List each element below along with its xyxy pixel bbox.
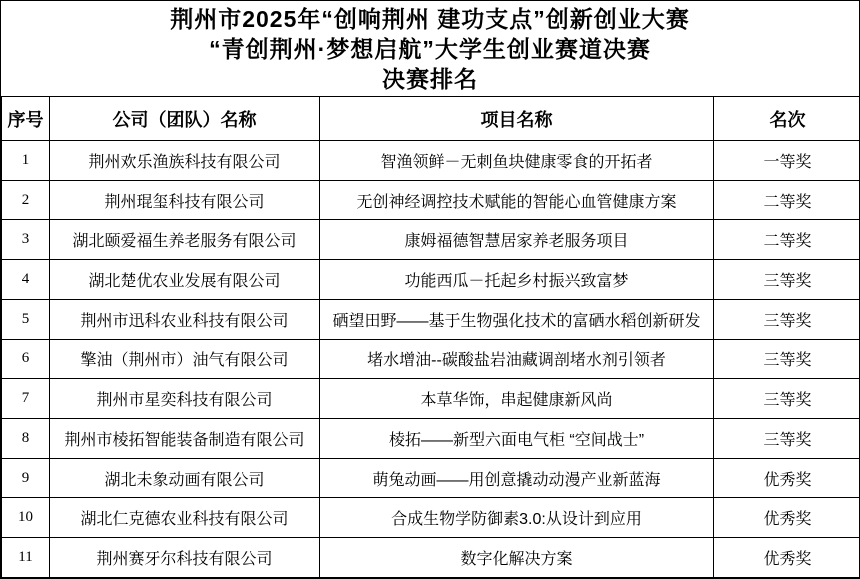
cell-company: 湖北未象动画有限公司 <box>50 458 320 498</box>
title-line-3: 决赛排名 <box>382 64 478 94</box>
cell-rank: 二等奖 <box>714 180 860 220</box>
header-no: 序号 <box>2 97 50 141</box>
cell-no: 7 <box>2 379 50 419</box>
cell-company: 湖北楚优农业发展有限公司 <box>50 260 320 300</box>
cell-no: 4 <box>2 260 50 300</box>
cell-rank: 三等奖 <box>714 339 860 379</box>
table-row: 10 湖北仁克德农业科技有限公司 合成生物学防御素3.0:从设计到应用 优秀奖 <box>2 498 860 538</box>
table-row: 6 擎油（荆州市）油气有限公司 堵水增油--碳酸盐岩油藏调剖堵水剂引领者 三等奖 <box>2 339 860 379</box>
table-row: 3 湖北颐爱福生养老服务有限公司 康姆福德智慧居家养老服务项目 二等奖 <box>2 220 860 260</box>
table-body: 1 荆州欢乐渔族科技有限公司 智渔领鲜－无刺鱼块健康零食的开拓者 一等奖 2 荆… <box>2 141 860 578</box>
cell-project: 堵水增油--碳酸盐岩油藏调剖堵水剂引领者 <box>320 339 714 379</box>
cell-project: 萌兔动画——用创意撬动动漫产业新蓝海 <box>320 458 714 498</box>
table-row: 11 荆州赛牙尔科技有限公司 数字化解决方案 优秀奖 <box>2 538 860 578</box>
cell-project: 无创神经调控技术赋能的智能心血管健康方案 <box>320 180 714 220</box>
title-line-1: 荆州市2025年“创响荆州 建功支点”创新创业大赛 <box>170 4 690 34</box>
cell-project: 本草华饰，串起健康新风尚 <box>320 379 714 419</box>
cell-company: 荆州欢乐渔族科技有限公司 <box>50 141 320 181</box>
cell-no: 9 <box>2 458 50 498</box>
cell-rank: 三等奖 <box>714 260 860 300</box>
cell-company: 擎油（荆州市）油气有限公司 <box>50 339 320 379</box>
cell-company: 湖北仁克德农业科技有限公司 <box>50 498 320 538</box>
cell-no: 5 <box>2 299 50 339</box>
table-row: 5 荆州市迅科农业科技有限公司 硒望田野——基于生物强化技术的富硒水稻创新研发 … <box>2 299 860 339</box>
cell-company: 荆州赛牙尔科技有限公司 <box>50 538 320 578</box>
cell-project: 棱拓——新型六面电气柜 “空间战士” <box>320 419 714 459</box>
document-title: 荆州市2025年“创响荆州 建功支点”创新创业大赛 “青创荆州·梦想启航”大学生… <box>1 1 859 96</box>
header-row: 序号 公司（团队）名称 项目名称 名次 <box>2 97 860 141</box>
table-row: 1 荆州欢乐渔族科技有限公司 智渔领鲜－无刺鱼块健康零食的开拓者 一等奖 <box>2 141 860 181</box>
cell-no: 8 <box>2 419 50 459</box>
table-row: 4 湖北楚优农业发展有限公司 功能西瓜－托起乡村振兴致富梦 三等奖 <box>2 260 860 300</box>
cell-no: 3 <box>2 220 50 260</box>
cell-project: 合成生物学防御素3.0:从设计到应用 <box>320 498 714 538</box>
table-row: 8 荆州市棱拓智能装备制造有限公司 棱拓——新型六面电气柜 “空间战士” 三等奖 <box>2 419 860 459</box>
table-row: 2 荆州琨玺科技有限公司 无创神经调控技术赋能的智能心血管健康方案 二等奖 <box>2 180 860 220</box>
cell-no: 11 <box>2 538 50 578</box>
cell-rank: 三等奖 <box>714 379 860 419</box>
cell-rank: 一等奖 <box>714 141 860 181</box>
cell-rank: 三等奖 <box>714 299 860 339</box>
cell-no: 1 <box>2 141 50 181</box>
cell-no: 6 <box>2 339 50 379</box>
cell-project: 数字化解决方案 <box>320 538 714 578</box>
cell-rank: 三等奖 <box>714 419 860 459</box>
cell-project: 硒望田野——基于生物强化技术的富硒水稻创新研发 <box>320 299 714 339</box>
cell-company: 荆州琨玺科技有限公司 <box>50 180 320 220</box>
cell-no: 10 <box>2 498 50 538</box>
cell-company: 荆州市星奕科技有限公司 <box>50 379 320 419</box>
ranking-sheet: 荆州市2025年“创响荆州 建功支点”创新创业大赛 “青创荆州·梦想启航”大学生… <box>0 0 860 579</box>
cell-company: 湖北颐爱福生养老服务有限公司 <box>50 220 320 260</box>
title-line-2: “青创荆州·梦想启航”大学生创业赛道决赛 <box>209 34 651 64</box>
header-rank: 名次 <box>714 97 860 141</box>
cell-project: 智渔领鲜－无刺鱼块健康零食的开拓者 <box>320 141 714 181</box>
cell-rank: 优秀奖 <box>714 498 860 538</box>
header-project: 项目名称 <box>320 97 714 141</box>
cell-no: 2 <box>2 180 50 220</box>
cell-company: 荆州市迅科农业科技有限公司 <box>50 299 320 339</box>
cell-project: 康姆福德智慧居家养老服务项目 <box>320 220 714 260</box>
cell-company: 荆州市棱拓智能装备制造有限公司 <box>50 419 320 459</box>
cell-rank: 优秀奖 <box>714 538 860 578</box>
table-row: 7 荆州市星奕科技有限公司 本草华饰，串起健康新风尚 三等奖 <box>2 379 860 419</box>
ranking-table: 序号 公司（团队）名称 项目名称 名次 1 荆州欢乐渔族科技有限公司 智渔领鲜－… <box>1 96 860 578</box>
cell-project: 功能西瓜－托起乡村振兴致富梦 <box>320 260 714 300</box>
cell-rank: 优秀奖 <box>714 458 860 498</box>
header-company: 公司（团队）名称 <box>50 97 320 141</box>
table-row: 9 湖北未象动画有限公司 萌兔动画——用创意撬动动漫产业新蓝海 优秀奖 <box>2 458 860 498</box>
cell-rank: 二等奖 <box>714 220 860 260</box>
